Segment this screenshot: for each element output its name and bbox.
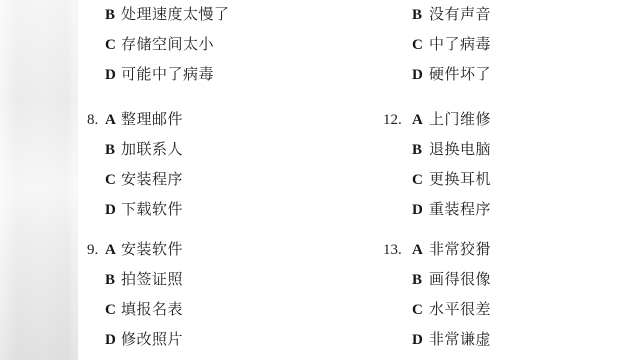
- option-letter: C: [412, 165, 429, 195]
- question-group: 13. A 非常狡猾 B 画得很像 C 水平很差 D 非常谦虚: [383, 235, 633, 355]
- option-letter: D: [412, 195, 429, 225]
- option-row: 13. A 非常狡猾: [383, 235, 633, 265]
- option-row: C 更换耳机: [383, 165, 633, 195]
- question-number: 8.: [87, 105, 105, 135]
- option-letter: C: [105, 165, 121, 195]
- answer-column-left: B 处理速度太慢了 C 存储空间太小 D 可能中了病毒 8. A 整理邮件 B …: [87, 0, 357, 355]
- option-row: 9. A 安装软件: [87, 235, 357, 265]
- option-row: D 下载软件: [87, 195, 357, 225]
- option-row: B 加联系人: [87, 135, 357, 165]
- option-text: 整理邮件: [121, 105, 183, 135]
- option-letter: D: [412, 325, 429, 355]
- option-letter: D: [412, 60, 429, 90]
- question-group: 9. A 安装软件 B 拍签证照 C 填报名表 D 修改照片: [87, 235, 357, 355]
- option-text: 没有声音: [429, 0, 491, 30]
- question-number: 9.: [87, 235, 105, 265]
- option-row: D 非常谦虚: [383, 325, 633, 355]
- option-row: B 退换电脑: [383, 135, 633, 165]
- page-edge-shadow: [0, 0, 78, 360]
- option-text: 中了病毒: [429, 30, 491, 60]
- option-text: 加联系人: [121, 135, 183, 165]
- option-text: 更换耳机: [429, 165, 491, 195]
- option-letter: A: [412, 235, 429, 265]
- option-text: 安装程序: [121, 165, 183, 195]
- question-number: 13.: [383, 235, 412, 265]
- option-row: D 硬件坏了: [383, 60, 633, 90]
- option-letter: B: [412, 0, 429, 30]
- option-row: B 画得很像: [383, 265, 633, 295]
- option-row: C 存储空间太小: [87, 30, 357, 60]
- question-number: 12.: [383, 105, 412, 135]
- option-text: 非常谦虚: [429, 325, 491, 355]
- option-text: 存储空间太小: [121, 30, 214, 60]
- option-row: D 修改照片: [87, 325, 357, 355]
- option-letter: C: [412, 30, 429, 60]
- option-letter: D: [105, 325, 121, 355]
- option-letter: B: [412, 135, 429, 165]
- option-row: D 重装程序: [383, 195, 633, 225]
- answer-column-right: B 没有声音 C 中了病毒 D 硬件坏了 12. A 上门维修 B 退换电脑 C…: [383, 0, 633, 355]
- option-text: 可能中了病毒: [121, 60, 214, 90]
- option-row: B 拍签证照: [87, 265, 357, 295]
- option-text: 修改照片: [121, 325, 183, 355]
- option-row: C 安装程序: [87, 165, 357, 195]
- option-letter: B: [105, 0, 121, 30]
- option-text: 拍签证照: [121, 265, 183, 295]
- option-letter: A: [412, 105, 429, 135]
- option-row: 8. A 整理邮件: [87, 105, 357, 135]
- option-row: B 没有声音: [383, 0, 633, 30]
- option-letter: C: [105, 30, 121, 60]
- option-text: 非常狡猾: [429, 235, 491, 265]
- option-letter: C: [105, 295, 121, 325]
- option-letter: B: [105, 135, 121, 165]
- option-row: C 水平很差: [383, 295, 633, 325]
- option-text: 上门维修: [429, 105, 491, 135]
- option-row: 12. A 上门维修: [383, 105, 633, 135]
- option-row: D 可能中了病毒: [87, 60, 357, 90]
- option-text: 重装程序: [429, 195, 491, 225]
- option-letter: B: [412, 265, 429, 295]
- page-edge-blotch: [0, 0, 78, 360]
- question-group: B 处理速度太慢了 C 存储空间太小 D 可能中了病毒: [87, 0, 357, 90]
- option-letter: B: [105, 265, 121, 295]
- option-text: 处理速度太慢了: [121, 0, 230, 30]
- option-row: C 中了病毒: [383, 30, 633, 60]
- option-row: C 填报名表: [87, 295, 357, 325]
- option-text: 硬件坏了: [429, 60, 491, 90]
- option-letter: A: [105, 105, 121, 135]
- question-group: 12. A 上门维修 B 退换电脑 C 更换耳机 D 重装程序: [383, 105, 633, 225]
- option-row: B 处理速度太慢了: [87, 0, 357, 30]
- question-group: B 没有声音 C 中了病毒 D 硬件坏了: [383, 0, 633, 90]
- option-text: 退换电脑: [429, 135, 491, 165]
- option-text: 填报名表: [121, 295, 183, 325]
- option-text: 水平很差: [429, 295, 491, 325]
- option-text: 画得很像: [429, 265, 491, 295]
- option-letter: D: [105, 60, 121, 90]
- option-letter: D: [105, 195, 121, 225]
- option-text: 安装软件: [121, 235, 183, 265]
- question-group: 8. A 整理邮件 B 加联系人 C 安装程序 D 下载软件: [87, 105, 357, 225]
- option-letter: C: [412, 295, 429, 325]
- option-text: 下载软件: [121, 195, 183, 225]
- option-letter: A: [105, 235, 121, 265]
